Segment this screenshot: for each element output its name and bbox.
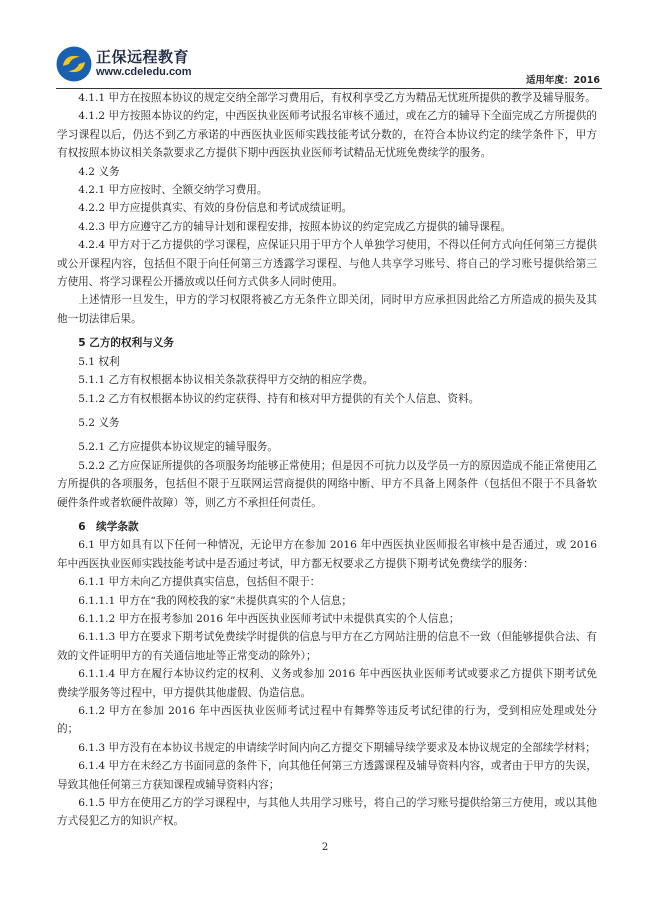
brand-url: www.cdeledu.com [96, 66, 192, 79]
clause-4-2-2: 4.2.2 甲方应提供真实、有效的身份信息和考试成绩证明。 [57, 199, 597, 217]
clause-4-2: 4.2 义务 [57, 163, 597, 181]
page-number: 2 [0, 842, 650, 853]
page-header: 正保远程教育 www.cdeledu.com 适用年度：2016 [56, 46, 612, 88]
clause-5-2-2: 5.2.2 乙方应保证所提供的各项服务均能够正常使用；但是因不可抗力以及学员一方… [57, 457, 597, 512]
clause-6-1-1-1: 6.1.1.1 甲方在“我的网校我的家”未提供真实的个人信息； [57, 592, 597, 610]
clause-4-2-4: 4.2.4 甲方对于乙方提供的学习课程，应保证只用于甲方个人单独学习使用，不得以… [57, 236, 597, 291]
clause-5-2-1: 5.2.1 乙方应提供本协议规定的辅导服务。 [57, 438, 597, 456]
clause-6-1-3: 6.1.3 甲方没有在本协议书规定的申请续学时间内向乙方提交下期辅导续学要求及本… [57, 739, 597, 757]
clause-6-1: 6.1 甲方如具有以下任何一种情况，无论甲方在参加 2016 年中西医执业医师报… [57, 536, 597, 573]
clause-5-1: 5.1 权利 [57, 353, 597, 371]
clause-6-1-1-3: 6.1.1.3 甲方在要求下期考试免费续学时提供的信息与甲方在乙方网站注册的信息… [57, 628, 597, 665]
document-body: 4.1.1 甲方在按照本协议的规定交纳全部学习费用后，有权利享受乙方为精品无忧班… [57, 89, 597, 831]
clause-6-1-1-4: 6.1.1.4 甲方在履行本协议约定的权利、义务或参加 2016 年中西医执业医… [57, 665, 597, 702]
cdeledu-logo-icon [56, 46, 92, 82]
clause-6-1-2: 6.1.2 甲方在参加 2016 年中西医执业医师考试过程中有舞弊等违反考试纪律… [57, 702, 597, 739]
clause-5-2: 5.2 义务 [57, 414, 597, 432]
brand: 正保远程教育 www.cdeledu.com [96, 48, 192, 79]
clause-6-1-1-2: 6.1.1.2 甲方在报考参加 2016 年中西医执业医师考试中未提供真实的个人… [57, 610, 597, 628]
section-5-heading: 5 乙方的权利与义务 [57, 334, 597, 352]
applicable-year: 适用年度：2016 [526, 72, 600, 86]
clause-5-1-2: 5.1.2 乙方有权根据本协议的约定获得、持有和核对甲方提供的有关个人信息、资料… [57, 390, 597, 408]
clause-4-2-1: 4.2.1 甲方应按时、全额交纳学习费用。 [57, 181, 597, 199]
clause-4-1-1: 4.1.1 甲方在按照本协议的规定交纳全部学习费用后，有权利享受乙方为精品无忧班… [57, 89, 597, 107]
clause-5-1-1: 5.1.1 乙方有权根据本协议相关条款获得甲方交纳的相应学费。 [57, 371, 597, 389]
clause-6-1-4: 6.1.4 甲方在未经乙方书面同意的条件下，向其他任何第三方透露课程及辅导资料内… [57, 757, 597, 794]
clause-4-2-3: 4.2.3 甲方应遵守乙方的辅导计划和课程安排，按照本协议的约定完成乙方提供的辅… [57, 218, 597, 236]
clause-6-1-5: 6.1.5 甲方在使用乙方的学习课程中，与其他人共用学习账号，将自己的学习账号提… [57, 794, 597, 831]
clause-4-1-2: 4.1.2 甲方按照本协议的约定，中西医执业医师考试报名审核不通过，或在乙方的辅… [57, 107, 597, 162]
clause-6-1-1: 6.1.1 甲方未向乙方提供真实信息，包括但不限于： [57, 573, 597, 591]
brand-name: 正保远程教育 [96, 48, 192, 66]
section-6-heading: 6 续学条款 [57, 518, 597, 536]
clause-consequence: 上述情形一旦发生，甲方的学习权限将被乙方无条件立即关闭，同时甲方应承担因此给乙方… [57, 291, 597, 328]
